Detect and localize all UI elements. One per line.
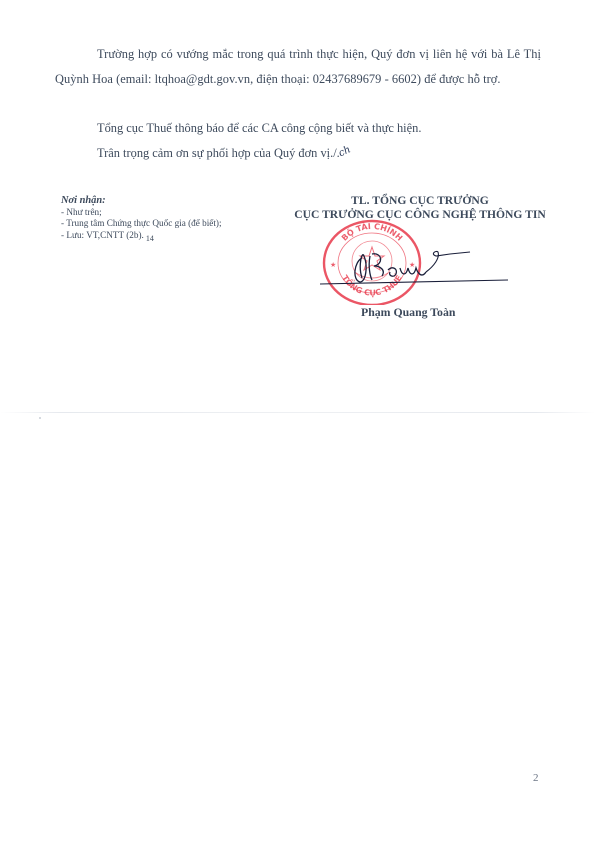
recipient-item: - Trung tâm Chứng thực Quốc gia (để biết… <box>61 218 222 230</box>
paragraph-contact: Trường hợp có vướng mắc trong quá trình … <box>55 42 541 92</box>
page-number: 2 <box>533 772 539 784</box>
paragraph-thanks-text: Trân trọng cảm ơn sự phối hợp của Quý đơ… <box>97 146 340 160</box>
signature-title-line1: TL. TỔNG CỤC TRƯỞNG <box>275 194 565 208</box>
handwritten-signature-icon <box>318 236 518 296</box>
recipient-item: - Như trên; <box>61 207 222 219</box>
recipients-title: Nơi nhận: <box>61 195 222 207</box>
signer-name: Phạm Quang Toàn <box>361 305 455 320</box>
recipient-item: - Lưu: VT,CNTT (2b).14 <box>61 230 222 245</box>
handwritten-mark: 14 <box>146 234 154 243</box>
recipients-list: Nơi nhận: - Như trên; - Trung tâm Chứng … <box>61 195 222 244</box>
paragraph-notice: Tổng cục Thuế thông báo để các CA công c… <box>97 121 421 136</box>
paragraph-contact-text: Trường hợp có vướng mắc trong quá trình … <box>55 47 541 86</box>
scan-artifact-line <box>0 412 595 413</box>
recipient-item-text: - Lưu: VT,CNTT (2b). <box>61 230 144 240</box>
paragraph-thanks: Trân trọng cảm ơn sự phối hợp của Quý đơ… <box>97 146 352 161</box>
scan-artifact-dot <box>39 417 41 419</box>
